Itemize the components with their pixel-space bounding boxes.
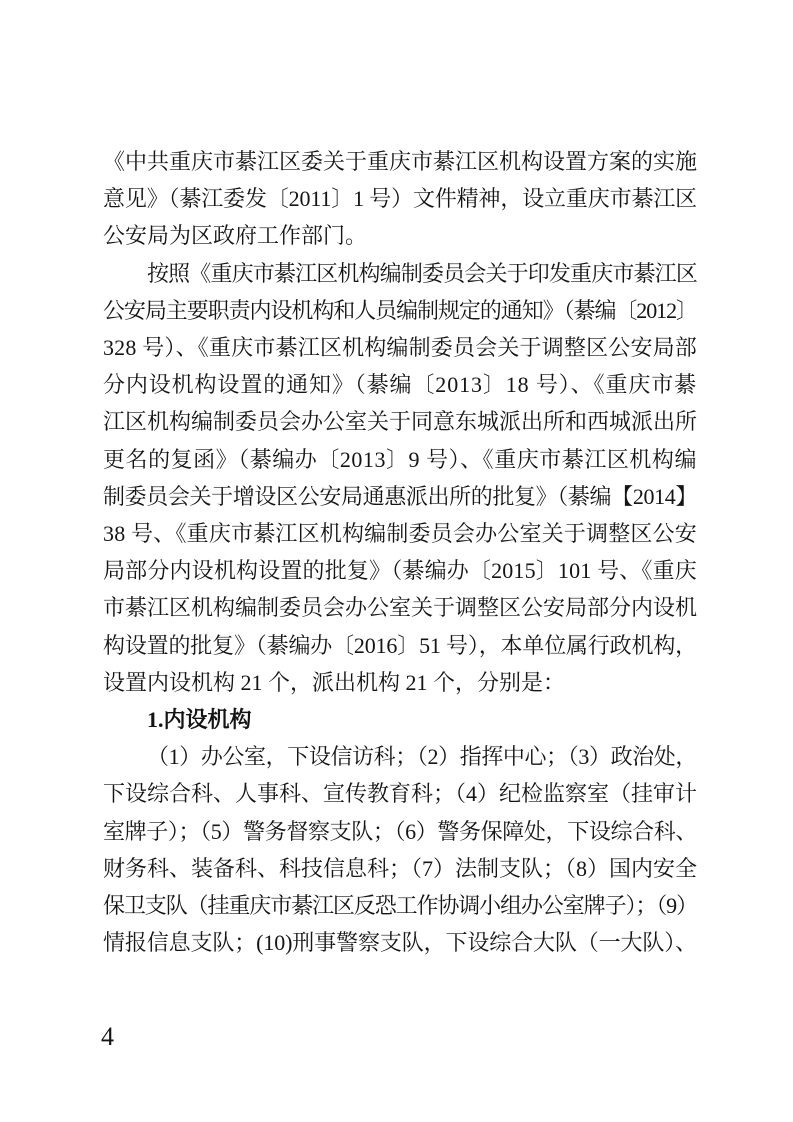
text-line: 室牌子）；（5）警务督察支队；（6）警务保障处，下设综合科、 (103, 813, 697, 850)
text-line: 财务科、装备科、科技信息科；（7）法制支队；（8）国内安全 (103, 850, 697, 887)
page-number: 4 (101, 1022, 114, 1052)
body-text: 《中共重庆市綦江区委关于重庆市綦江区机构设置方案的实施意见》（綦江委发〔2011… (103, 143, 697, 961)
text-line-content: 更名的复函》（綦编办〔2013〕9 号）、《重庆市綦江区机构编 (103, 447, 697, 472)
text-line: 328 号）、《重庆市綦江区机构编制委员会关于调整区公安局部 (103, 329, 697, 366)
text-line: 意见》（綦江委发〔2011〕1 号）文件精神，设立重庆市綦江区 (103, 180, 697, 217)
text-line: 设置内设机构 21 个，派出机构 21 个，分别是： (103, 664, 697, 701)
text-line: 更名的复函》（綦编办〔2013〕9 号）、《重庆市綦江区机构编 (103, 441, 697, 478)
text-line-content: 保卫支队（挂重庆市綦江区反恐工作协调小组办公室牌子）；（9） (103, 893, 697, 918)
text-line: 江区机构编制委员会办公室关于同意东城派出所和西城派出所 (103, 403, 697, 440)
text-line-content: （1）办公室，下设信访科；（2）指挥中心；（3）政治处， (147, 744, 697, 769)
text-line: 38 号、《重庆市綦江区机构编制委员会办公室关于调整区公安 (103, 515, 697, 552)
text-line-content: 设置内设机构 21 个，派出机构 21 个，分别是： (103, 670, 565, 695)
text-line: 《中共重庆市綦江区委关于重庆市綦江区机构设置方案的实施 (103, 143, 697, 180)
text-line-content: 财务科、装备科、科技信息科；（7）法制支队；（8）国内安全 (103, 856, 697, 881)
text-line: （1）办公室，下设信访科；（2）指挥中心；（3）政治处， (103, 738, 697, 775)
text-line: 制委员会关于增设区公安局通惠派出所的批复》（綦编【2014】 (103, 478, 697, 515)
text-line-content: 市綦江区机构编制委员会办公室关于调整区公安局部分内设机 (103, 595, 697, 620)
text-line-content: 328 号）、《重庆市綦江区机构编制委员会关于调整区公安局部 (103, 335, 697, 360)
text-line: 公安局为区政府工作部门。 (103, 217, 697, 254)
text-line: 公安局主要职责内设机构和人员编制规定的通知》（綦编〔2012〕 (103, 292, 697, 329)
text-line-content: 下设综合科、人事科、宣传教育科；（4）纪检监察室（挂审计 (103, 781, 697, 806)
text-line: 按照《重庆市綦江区机构编制委员会关于印发重庆市綦江区 (103, 255, 697, 292)
text-line: 市綦江区机构编制委员会办公室关于调整区公安局部分内设机 (103, 589, 697, 626)
text-line: 构设置的批复》（綦编办〔2016〕51 号），本单位属行政机构， (103, 627, 697, 664)
text-line: 分内设机构设置的通知》（綦编〔2013〕18 号）、《重庆市綦 (103, 366, 697, 403)
text-line-content: 江区机构编制委员会办公室关于同意东城派出所和西城派出所 (103, 409, 697, 434)
text-line-content: 38 号、《重庆市綦江区机构编制委员会办公室关于调整区公安 (103, 521, 697, 546)
text-line-content: 局部分内设机构设置的批复》（綦编办〔2015〕101 号、《重庆 (103, 558, 697, 583)
text-line-content: 公安局主要职责内设机构和人员编制规定的通知》（綦编〔2012〕 (103, 298, 697, 323)
text-line: 情报信息支队；(10)刑事警察支队，下设综合大队（一大队）、 (103, 924, 697, 961)
document-page: 《中共重庆市綦江区委关于重庆市綦江区机构设置方案的实施意见》（綦江委发〔2011… (0, 0, 793, 1122)
text-line-content: 《中共重庆市綦江区委关于重庆市綦江区机构设置方案的实施 (103, 149, 697, 174)
section-heading: 1.内设机构 (103, 701, 697, 738)
text-line-content: 1.内设机构 (147, 707, 252, 732)
text-line: 下设综合科、人事科、宣传教育科；（4）纪检监察室（挂审计 (103, 775, 697, 812)
text-line: 局部分内设机构设置的批复》（綦编办〔2015〕101 号、《重庆 (103, 552, 697, 589)
text-line-content: 意见》（綦江委发〔2011〕1 号）文件精神，设立重庆市綦江区 (103, 186, 697, 211)
text-line: 保卫支队（挂重庆市綦江区反恐工作协调小组办公室牌子）；（9） (103, 887, 697, 924)
text-line-content: 情报信息支队；(10)刑事警察支队，下设综合大队（一大队）、 (103, 930, 697, 955)
text-line-content: 按照《重庆市綦江区机构编制委员会关于印发重庆市綦江区 (147, 261, 697, 286)
text-line-content: 公安局为区政府工作部门。 (103, 223, 367, 248)
text-line-content: 分内设机构设置的通知》（綦编〔2013〕18 号）、《重庆市綦 (103, 372, 697, 397)
text-line-content: 构设置的批复》（綦编办〔2016〕51 号），本单位属行政机构， (103, 633, 697, 658)
text-line-content: 室牌子）；（5）警务督察支队；（6）警务保障处，下设综合科、 (103, 819, 697, 844)
text-line-content: 制委员会关于增设区公安局通惠派出所的批复》（綦编【2014】 (103, 484, 697, 509)
